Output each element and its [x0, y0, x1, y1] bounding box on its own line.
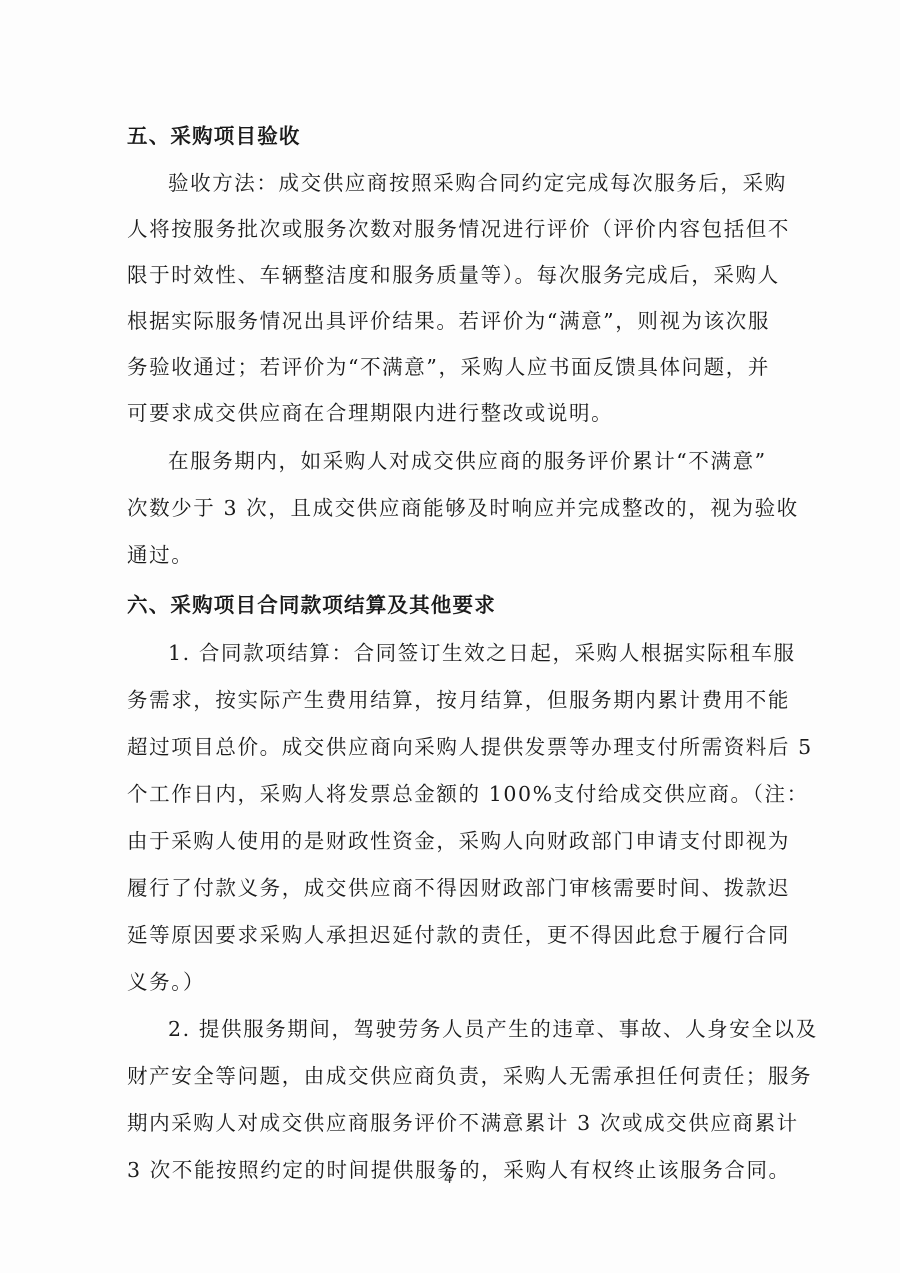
section-6-item-1-line: 义务。） [127, 970, 205, 994]
page-number: 4 [444, 1172, 452, 1187]
section-6-item-1-line: 由于采购人使用的是财政性资金，采购人向财政部门申请支付即视为 [127, 829, 790, 853]
section-6-item-1-line: 个工作日内，采购人将发票总金额的 100%支付给成交供应商。（注： [127, 782, 809, 806]
section-5-heading: 五、采购项目验收 [127, 124, 301, 148]
section-6-item-2-line: 2. 提供服务期间，驾驶劳务人员产生的违章、事故、人身安全以及 [168, 1017, 818, 1041]
section-5-paragraph-1-line: 务验收通过；若评价为“不满意”，采购人应书面反馈具体问题，并 [127, 355, 770, 379]
section-6-item-2-line: 期内采购人对成交供应商服务评价不满意累计 3 次或成交供应商累计 [127, 1111, 799, 1135]
section-5-paragraph-2-line: 在服务期内，如采购人对成交供应商的服务评价累计“不满意” [168, 449, 767, 473]
section-6-item-2-line: 3 次不能按照约定的时间提供服务的，采购人有权终止该服务合同。 [127, 1158, 791, 1182]
section-6-item-1-line: 务需求，按实际产生费用结算，按月结算，但服务期内累计费用不能 [127, 688, 790, 712]
section-5-paragraph-2-line: 次数少于 3 次，且成交供应商能够及时响应并完成整改的，视为验收 [127, 496, 799, 520]
section-5-paragraph-1-line: 根据实际服务情况出具评价结果。若评价为“满意”，则视为该次服 [127, 309, 770, 333]
section-5-paragraph-1-line: 可要求成交供应商在合理期限内进行整改或说明。 [127, 401, 613, 425]
section-6-item-1-line: 履行了付款义务，成交供应商不得因财政部门审核需要时间、拨款迟 [127, 876, 790, 900]
section-5-paragraph-2-line: 通过。 [127, 543, 193, 567]
section-6-item-1-line: 1. 合同款项结算：合同签订生效之日起，采购人根据实际租车服 [168, 641, 796, 665]
section-5-paragraph-1-line: 人将按服务批次或服务次数对服务情况进行评价（评价内容包括但不 [127, 217, 790, 241]
document-page: 五、采购项目验收 验收方法：成交供应商按照采购合同约定完成每次服务后，采购 人将… [0, 0, 900, 1273]
section-5-paragraph-1-line: 限于时效性、车辆整洁度和服务质量等）。每次服务完成后，采购人 [127, 263, 780, 287]
section-6-item-1-line: 超过项目总价。成交供应商向采购人提供发票等办理支付所需资料后 5 [127, 735, 813, 759]
section-6-heading: 六、采购项目合同款项结算及其他要求 [127, 593, 496, 617]
section-5-paragraph-1-line: 验收方法：成交供应商按照采购合同约定完成每次服务后，采购 [168, 171, 787, 195]
section-6-item-2-line: 财产安全等问题，由成交供应商负责，采购人无需承担任何责任；服务 [127, 1064, 812, 1088]
section-6-item-1-line: 延等原因要求采购人承担迟延付款的责任，更不得因此怠于履行合同 [127, 923, 790, 947]
